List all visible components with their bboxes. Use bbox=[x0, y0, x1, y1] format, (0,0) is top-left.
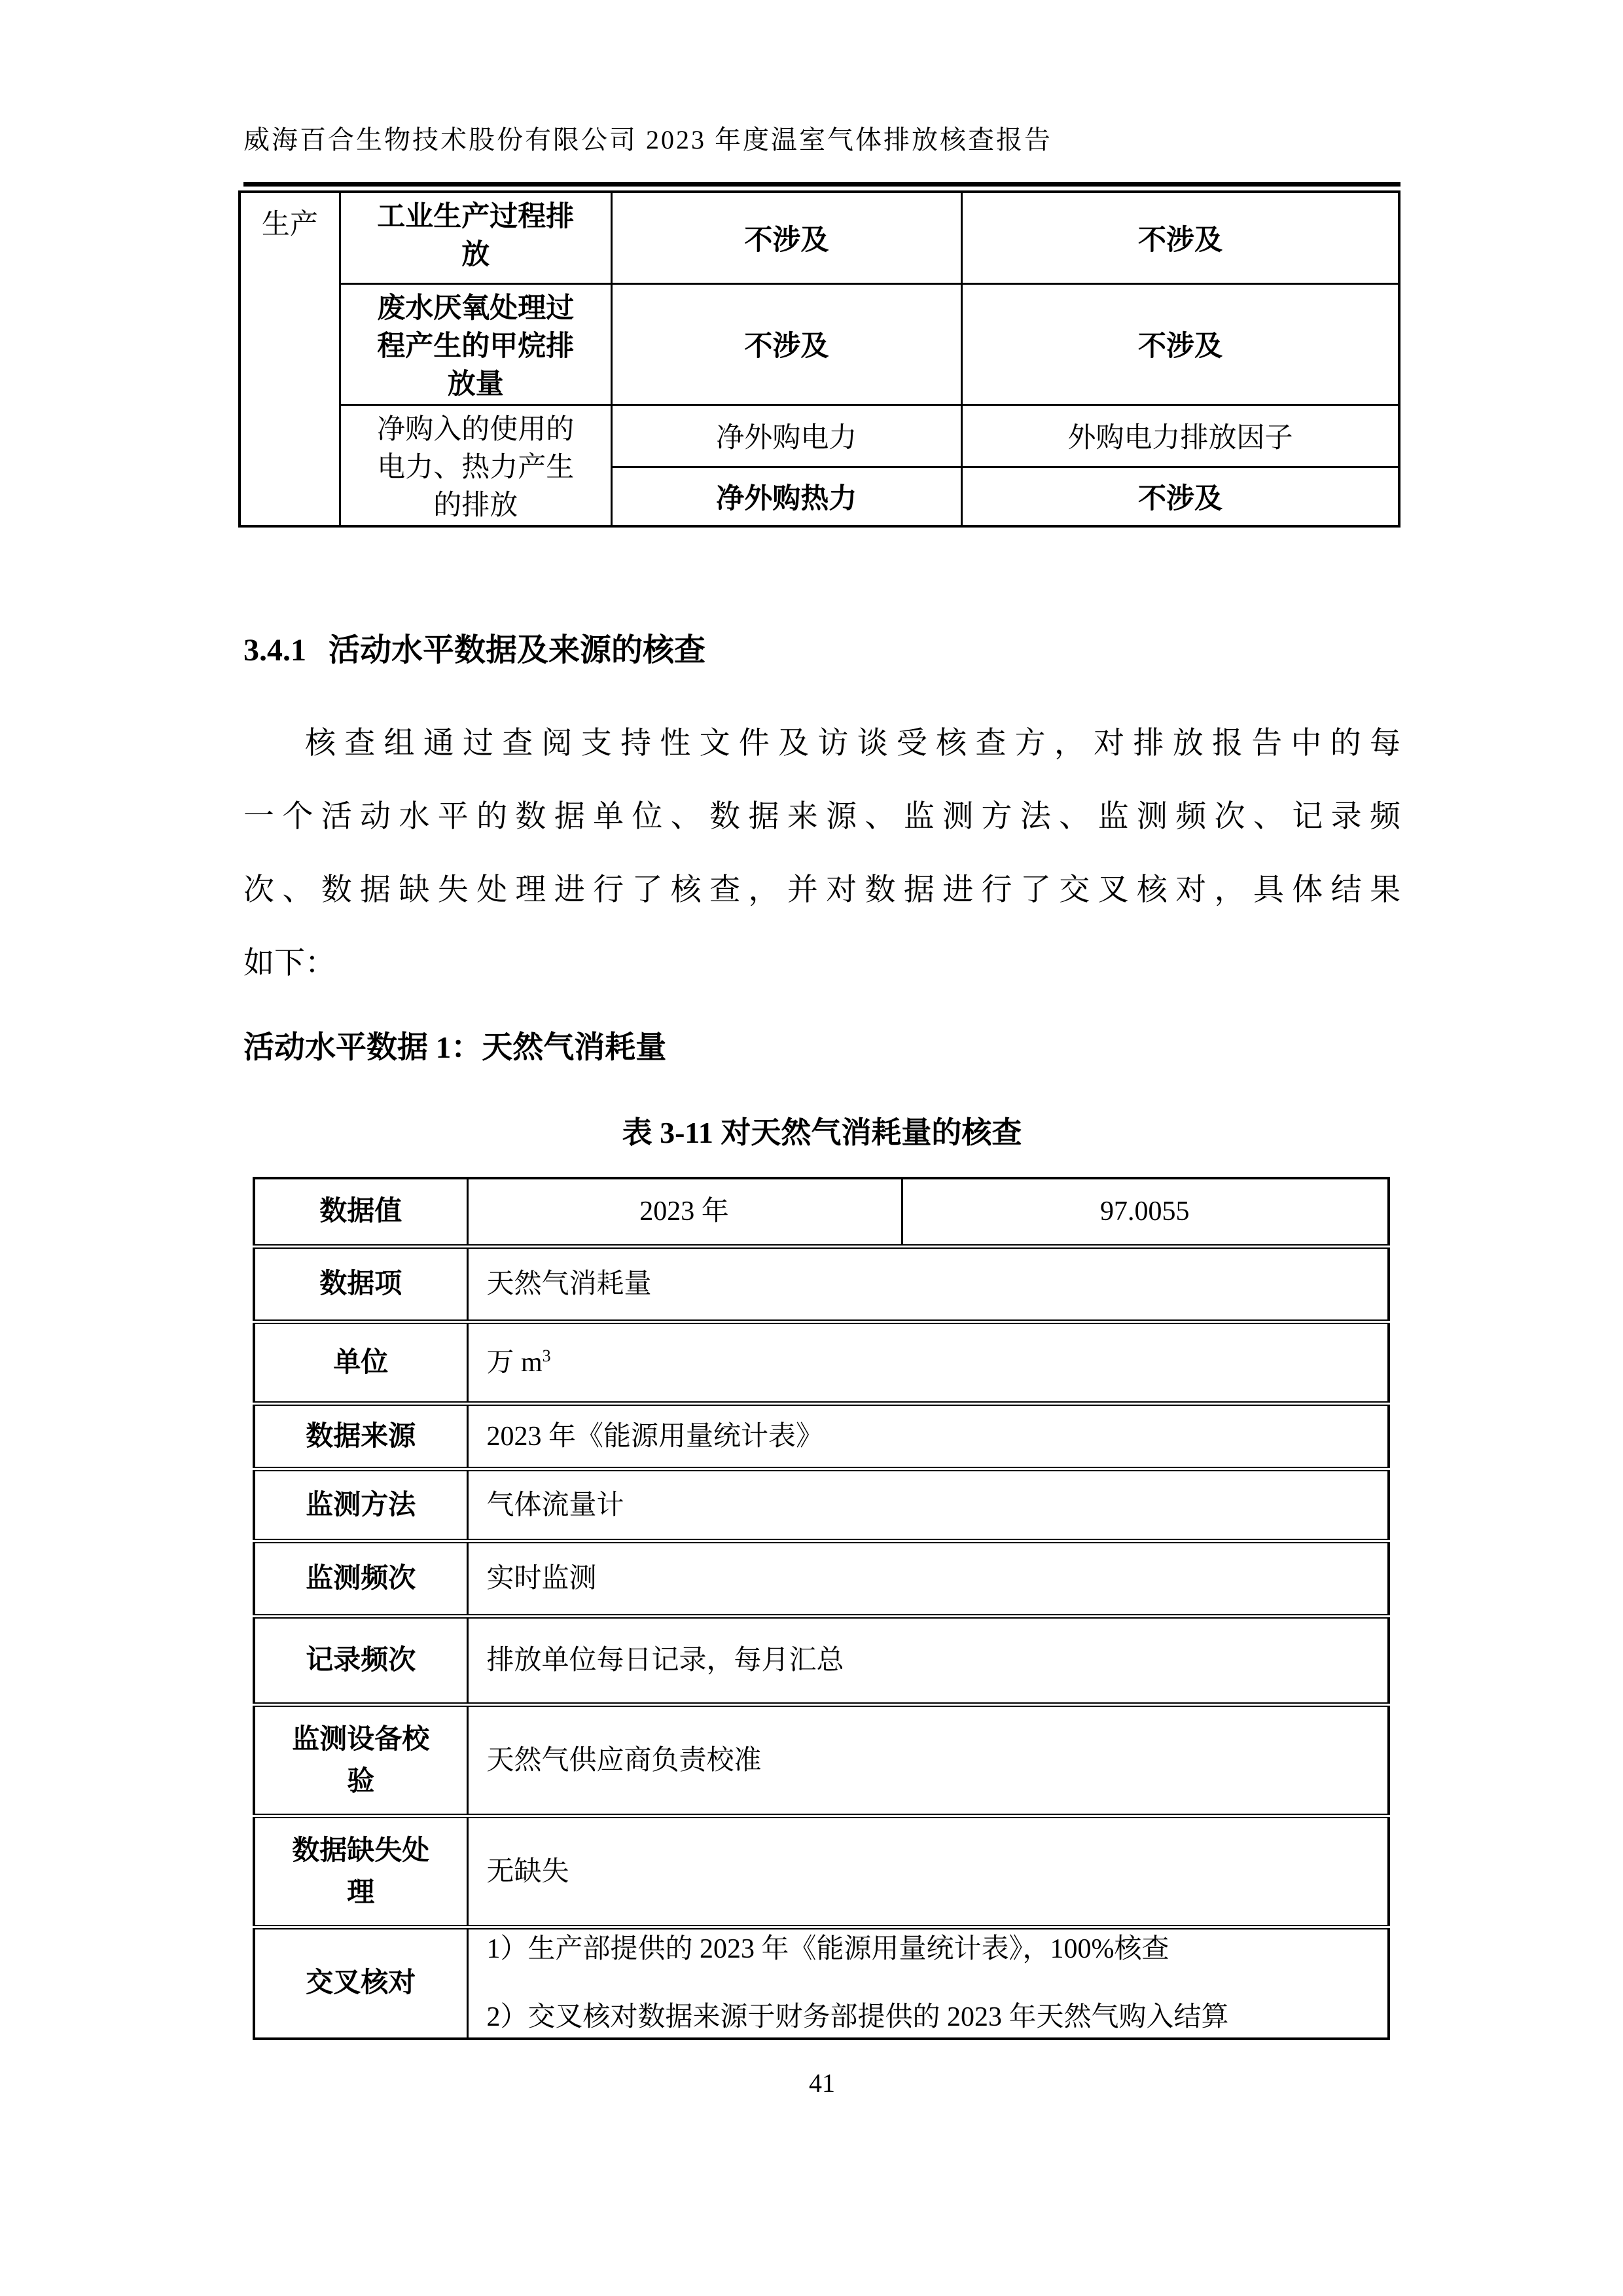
table-row: 单位 万 m3 bbox=[254, 1322, 1389, 1404]
table-row: 数据项 天然气消耗量 bbox=[254, 1247, 1389, 1322]
value-cell-amount: 97.0055 bbox=[902, 1178, 1389, 1247]
unit-superscript: 3 bbox=[543, 1346, 551, 1365]
label-cell-missing-data: 数据缺失处理 bbox=[254, 1816, 467, 1928]
value-cell: 不涉及 bbox=[961, 283, 1399, 404]
group-cell-production: 生产 bbox=[240, 192, 340, 526]
cross-check-line-2: 2）交叉核对数据来源于财务部提供的 2023 年天然气购入结算 bbox=[487, 1998, 1387, 2036]
paragraph-line: 一个活动水平的数据单位、数据来源、监测方法、监测频次、记录频 bbox=[243, 780, 1400, 853]
value-cell-monitoring-method: 气体流量计 bbox=[467, 1469, 1389, 1541]
page-number: 41 bbox=[243, 2068, 1400, 2099]
category-cell-industrial-process: 工业生产过程排放 bbox=[340, 192, 611, 283]
table-row: 监测设备校验 天然气供应商负责校准 bbox=[254, 1705, 1389, 1816]
label-cell-equipment-calibration: 监测设备校验 bbox=[254, 1705, 467, 1816]
document-page: 威海百合生物技术股份有限公司 2023 年度温室气体排放核查报告 生产 工业生产… bbox=[0, 0, 1623, 2296]
activity-data-heading: 活动水平数据 1：天然气消耗量 bbox=[243, 1030, 1400, 1066]
value-cell-cross-check: 1）生产部提供的 2023 年《能源用量统计表》，100%核查 2）交叉核对数据… bbox=[467, 1928, 1389, 2039]
emission-source-continuation-table: 生产 工业生产过程排放 不涉及 不涉及 废水厌氧处理过程产生的甲烷排放量 不涉及… bbox=[238, 190, 1400, 528]
table-row: 监测方法 气体流量计 bbox=[254, 1469, 1389, 1541]
page-content: 威海百合生物技术股份有限公司 2023 年度温室气体排放核查报告 生产 工业生产… bbox=[243, 0, 1400, 2099]
value-cell-data-source: 2023 年《能源用量统计表》 bbox=[467, 1404, 1389, 1469]
table-row: 记录频次 排放单位每日记录，每月汇总 bbox=[254, 1617, 1389, 1705]
table-row: 数据缺失处理 无缺失 bbox=[254, 1816, 1389, 1928]
value-cell-monitoring-frequency: 实时监测 bbox=[467, 1541, 1389, 1617]
section-number: 3.4.1 bbox=[243, 633, 306, 668]
value-cell-heat: 不涉及 bbox=[961, 467, 1399, 526]
value-cell-record-frequency: 排放单位每日记录，每月汇总 bbox=[467, 1617, 1389, 1705]
table-row: 交叉核对 1）生产部提供的 2023 年《能源用量统计表》，100%核查 2）交… bbox=[254, 1928, 1389, 2039]
value-cell: 不涉及 bbox=[961, 192, 1399, 283]
section-title: 活动水平数据及来源的核查 bbox=[329, 633, 705, 668]
paragraph-line: 如下： bbox=[243, 927, 1400, 1000]
label-cell-monitoring-method: 监测方法 bbox=[254, 1469, 467, 1541]
cross-check-line-1: 1）生产部提供的 2023 年《能源用量统计表》，100%核查 bbox=[487, 1930, 1387, 1968]
label-cell-unit: 单位 bbox=[254, 1322, 467, 1404]
value-cell-missing-data: 无缺失 bbox=[467, 1816, 1389, 1928]
header-rule bbox=[243, 182, 1400, 187]
page-header-title: 威海百合生物技术股份有限公司 2023 年度温室气体排放核查报告 bbox=[243, 0, 1400, 156]
item-cell-purchased-heat: 净外购热力 bbox=[611, 467, 961, 526]
label-cell-record-frequency: 记录频次 bbox=[254, 1617, 467, 1705]
table-row: 数据来源 2023 年《能源用量统计表》 bbox=[254, 1404, 1389, 1469]
value-cell: 不涉及 bbox=[611, 283, 961, 404]
table-3-11-caption: 表 3-11 对天然气消耗量的核查 bbox=[243, 1115, 1400, 1151]
table-row: 生产 工业生产过程排放 不涉及 不涉及 bbox=[240, 192, 1399, 283]
label-cell-data-value: 数据值 bbox=[254, 1178, 467, 1247]
table-row: 净购入的使用的电力、热力产生的排放 净外购电力 外购电力排放因子 bbox=[240, 404, 1399, 467]
paragraph-line: 核查组通过查阅支持性文件及访谈受核查方，对排放报告中的每 bbox=[243, 707, 1400, 780]
value-cell-unit: 万 m3 bbox=[467, 1322, 1389, 1404]
natural-gas-verification-table: 数据值 2023 年 97.0055 数据项 天然气消耗量 单位 万 m3 数据… bbox=[253, 1177, 1390, 2040]
item-cell-purchased-electricity: 净外购电力 bbox=[611, 404, 961, 467]
value-cell-equipment-calibration: 天然气供应商负责校准 bbox=[467, 1705, 1389, 1816]
category-cell-wastewater-methane: 废水厌氧处理过程产生的甲烷排放量 bbox=[340, 283, 611, 404]
category-cell-purchased-power-heat: 净购入的使用的电力、热力产生的排放 bbox=[340, 404, 611, 526]
paragraph-line: 次、数据缺失处理进行了核查，并对数据进行了交叉核对，具体结果 bbox=[243, 853, 1400, 927]
label-cell-monitoring-frequency: 监测频次 bbox=[254, 1541, 467, 1617]
table-row: 监测频次 实时监测 bbox=[254, 1541, 1389, 1617]
label-cell-data-item: 数据项 bbox=[254, 1247, 467, 1322]
value-cell: 不涉及 bbox=[611, 192, 961, 283]
label-cell-cross-check: 交叉核对 bbox=[254, 1928, 467, 2039]
table-row: 废水厌氧处理过程产生的甲烷排放量 不涉及 不涉及 bbox=[240, 283, 1399, 404]
value-cell-data-item: 天然气消耗量 bbox=[467, 1247, 1389, 1322]
value-cell-year: 2023 年 bbox=[467, 1178, 902, 1247]
unit-text: 万 m bbox=[487, 1348, 543, 1378]
section-heading-3-4-1: 3.4.1活动水平数据及来源的核查 bbox=[243, 632, 1400, 669]
value-cell-electricity-factor: 外购电力排放因子 bbox=[961, 404, 1399, 467]
label-cell-data-source: 数据来源 bbox=[254, 1404, 467, 1469]
table-row: 数据值 2023 年 97.0055 bbox=[254, 1178, 1389, 1247]
body-paragraph: 核查组通过查阅支持性文件及访谈受核查方，对排放报告中的每 一个活动水平的数据单位… bbox=[243, 707, 1400, 1000]
